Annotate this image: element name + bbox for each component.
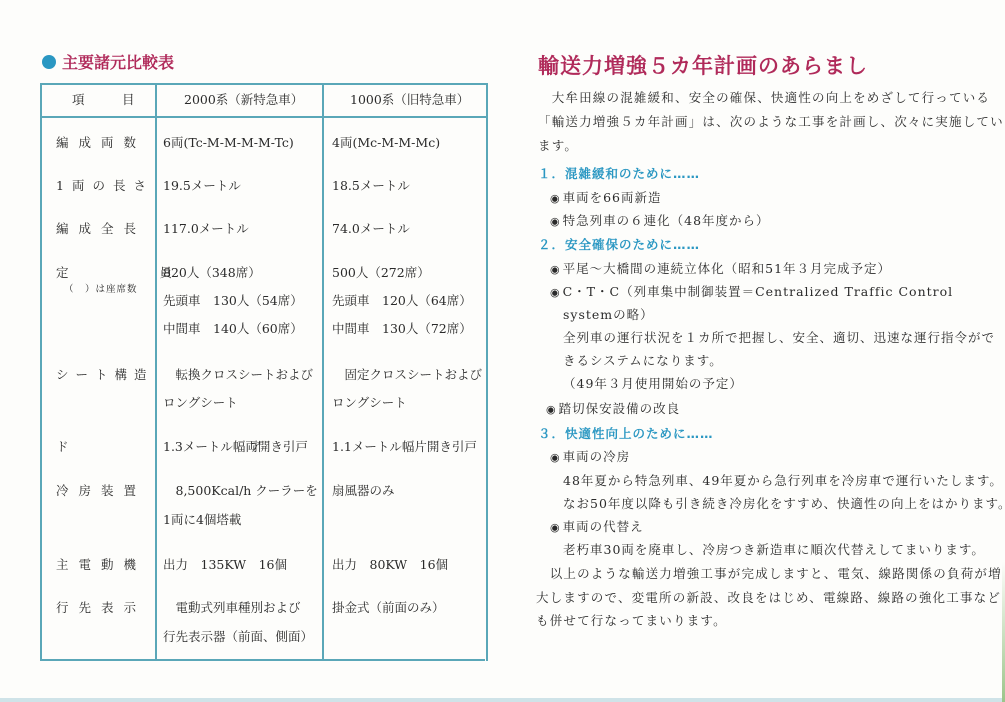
- closing-line-1: 以上のような輸送力増強工事が完成しますと、電気、線路関係の負荷が増: [536, 562, 1002, 586]
- row-label-cooling: 冷房装置: [56, 485, 146, 498]
- header-1000-series: 1000系（旧特急車）: [350, 94, 469, 107]
- cell-2000-seats-2: ロングシート: [163, 397, 238, 410]
- list-item-text: 車両を66両新造: [563, 190, 662, 205]
- list-item: ◉車両の冷房: [550, 447, 630, 465]
- cell-2000-formation: 6両(Tc-M-M-M-M-Tc): [163, 137, 294, 150]
- table-bottom-border: [40, 659, 485, 661]
- list-item-continuation: なお50年度以降も引き続き冷房化をすすめ、快適性の向上をはかります。: [563, 494, 1005, 512]
- bullet-icon: ◉: [550, 286, 561, 299]
- intro-line-2: 「輸送力増強５カ年計画」は、次のような工事を計画し、次々に実施してい: [538, 110, 1004, 134]
- cell-1000-capacity-middle: 中間車 130人（72席）: [332, 323, 472, 336]
- bullet-icon: ◉: [550, 215, 561, 228]
- cell-1000-capacity-total: 500人（272席）: [332, 267, 430, 280]
- cell-2000-motor: 出力 135KW 16個: [163, 559, 287, 572]
- cell-1000-doors: 1.1メートル幅片開き引戸: [332, 441, 477, 454]
- closing-line-3: も併せて行なってまいります。: [536, 609, 727, 633]
- cell-1000-car-length: 18.5メートル: [332, 180, 410, 193]
- list-item-text: 車両の冷房: [563, 449, 631, 464]
- cell-1000-motor: 出力 80KW 16個: [332, 559, 448, 572]
- list-item-continuation: systemの略）: [563, 305, 654, 323]
- row-label-car-length: 1両の長さ: [56, 180, 154, 193]
- list-item-continuation: きるシステムになります。: [563, 351, 723, 369]
- cell-2000-cooling-2: 1両に4個塔載: [163, 514, 241, 527]
- section-heading-comfort: ３．快適性向上のために……: [538, 424, 714, 442]
- column-divider: [322, 85, 324, 661]
- spec-table-title: 主要諸元比較表: [42, 50, 174, 73]
- row-label-destination: 行先表示: [56, 602, 146, 615]
- list-item: ◉特急列車の６連化（48年度から）: [550, 211, 770, 229]
- intro-line-3: ます。: [538, 134, 578, 158]
- section-heading-congestion: １．混雑緩和のために……: [538, 164, 700, 182]
- cell-2000-doors: 1.3メートル幅両開き引戸: [163, 441, 308, 454]
- closing-line-2: 大しますので、変電所の新設、改良をはじめ、電線路、線路の強化工事など: [536, 586, 1001, 610]
- intro-line-1: 大牟田線の混雑緩和、安全の確保、快適性の向上をめざして行っている: [538, 86, 990, 110]
- list-item-text: 車両の代替え: [563, 519, 644, 534]
- cell-1000-capacity-lead: 先頭車 120人（64席）: [332, 295, 472, 308]
- row-label-motor: 主電動機: [56, 559, 146, 572]
- plan-title: 輸送力増強５カ年計画のあらまし: [538, 50, 868, 80]
- list-item-text: 平尾～大橋間の連続立体化（昭和51年３月完成予定）: [563, 261, 891, 276]
- cell-1000-seats-2: ロングシート: [332, 397, 407, 410]
- header-item: 項 目: [72, 94, 135, 107]
- section-heading-safety: ２．安全確保のために……: [538, 235, 700, 253]
- spec-comparison-table: 項 目 2000系（新特急車） 1000系（旧特急車） 編成両数 6両(Tc-M…: [40, 83, 488, 661]
- list-item: ◉踏切保安設備の改良: [546, 399, 680, 417]
- cell-1000-destination: 掛金式（前面のみ）: [332, 602, 445, 615]
- page-edge: [0, 698, 1005, 702]
- row-label-total-length: 編成全長: [56, 223, 146, 236]
- list-item: ◉平尾～大橋間の連続立体化（昭和51年３月完成予定）: [550, 259, 891, 277]
- bullet-icon: ◉: [550, 521, 561, 534]
- cell-2000-seats-1: 転換クロスシートおよび: [163, 369, 313, 382]
- cell-1000-formation: 4両(Mc-M-M-Mc): [332, 137, 440, 150]
- cell-1000-seats-1: 固定クロスシートおよび: [332, 369, 482, 382]
- bullet-icon: ◉: [550, 192, 561, 205]
- cell-2000-destination-1: 電動式列車種別および: [163, 602, 301, 615]
- list-item: ◉車両の代替え: [550, 517, 644, 535]
- list-item-text: C・T・C（列車集中制御装置＝Centralized Traffic Contr…: [563, 284, 954, 299]
- list-item-continuation: （49年３月使用開始の予定）: [563, 374, 743, 392]
- list-item: ◉C・T・C（列車集中制御装置＝Centralized Traffic Cont…: [550, 282, 953, 300]
- list-item-continuation: 48年夏から特急列車、49年夏から急行列車を冷房車で運行いたします。: [563, 471, 1003, 489]
- cell-2000-total-length: 117.0メートル: [163, 223, 249, 236]
- cell-2000-capacity-total: 820人（348席）: [163, 267, 261, 280]
- column-divider: [155, 85, 157, 661]
- header-2000-series: 2000系（新特急車）: [184, 94, 303, 107]
- bullet-icon: ◉: [546, 403, 557, 416]
- list-item-continuation: 老朽車30両を廃車し、冷房つき新造車に順次代替えしてまいります。: [563, 540, 985, 558]
- cell-1000-total-length: 74.0メートル: [332, 223, 410, 236]
- filled-circle-icon: [42, 55, 56, 69]
- cell-2000-capacity-lead: 先頭車 130人（54席）: [163, 295, 303, 308]
- row-label-formation: 編成両数: [56, 137, 146, 150]
- list-item-text: 踏切保安設備の改良: [559, 401, 681, 416]
- cell-2000-car-length: 19.5メートル: [163, 180, 241, 193]
- row-sublabel-capacity: （ ）は座席数: [64, 285, 138, 295]
- header-divider: [42, 116, 486, 118]
- list-item-text: 特急列車の６連化（48年度から）: [563, 213, 770, 228]
- spec-table-title-text: 主要諸元比較表: [62, 50, 174, 73]
- bullet-icon: ◉: [550, 263, 561, 276]
- bullet-icon: ◉: [550, 451, 561, 464]
- cell-2000-destination-2: 行先表示器（前面、側面）: [163, 631, 313, 644]
- list-item-continuation: 全列車の運行状況を１カ所で把握し、安全、適切、迅速な運行指令がで: [563, 328, 995, 346]
- cell-2000-capacity-middle: 中間車 140人（60席）: [163, 323, 303, 336]
- cell-2000-cooling-1: 8,500Kcal/h クーラーを: [163, 485, 318, 498]
- cell-1000-cooling: 扇風器のみ: [332, 485, 395, 498]
- row-label-seats: シート構造: [56, 369, 154, 382]
- list-item: ◉車両を66両新造: [550, 188, 662, 206]
